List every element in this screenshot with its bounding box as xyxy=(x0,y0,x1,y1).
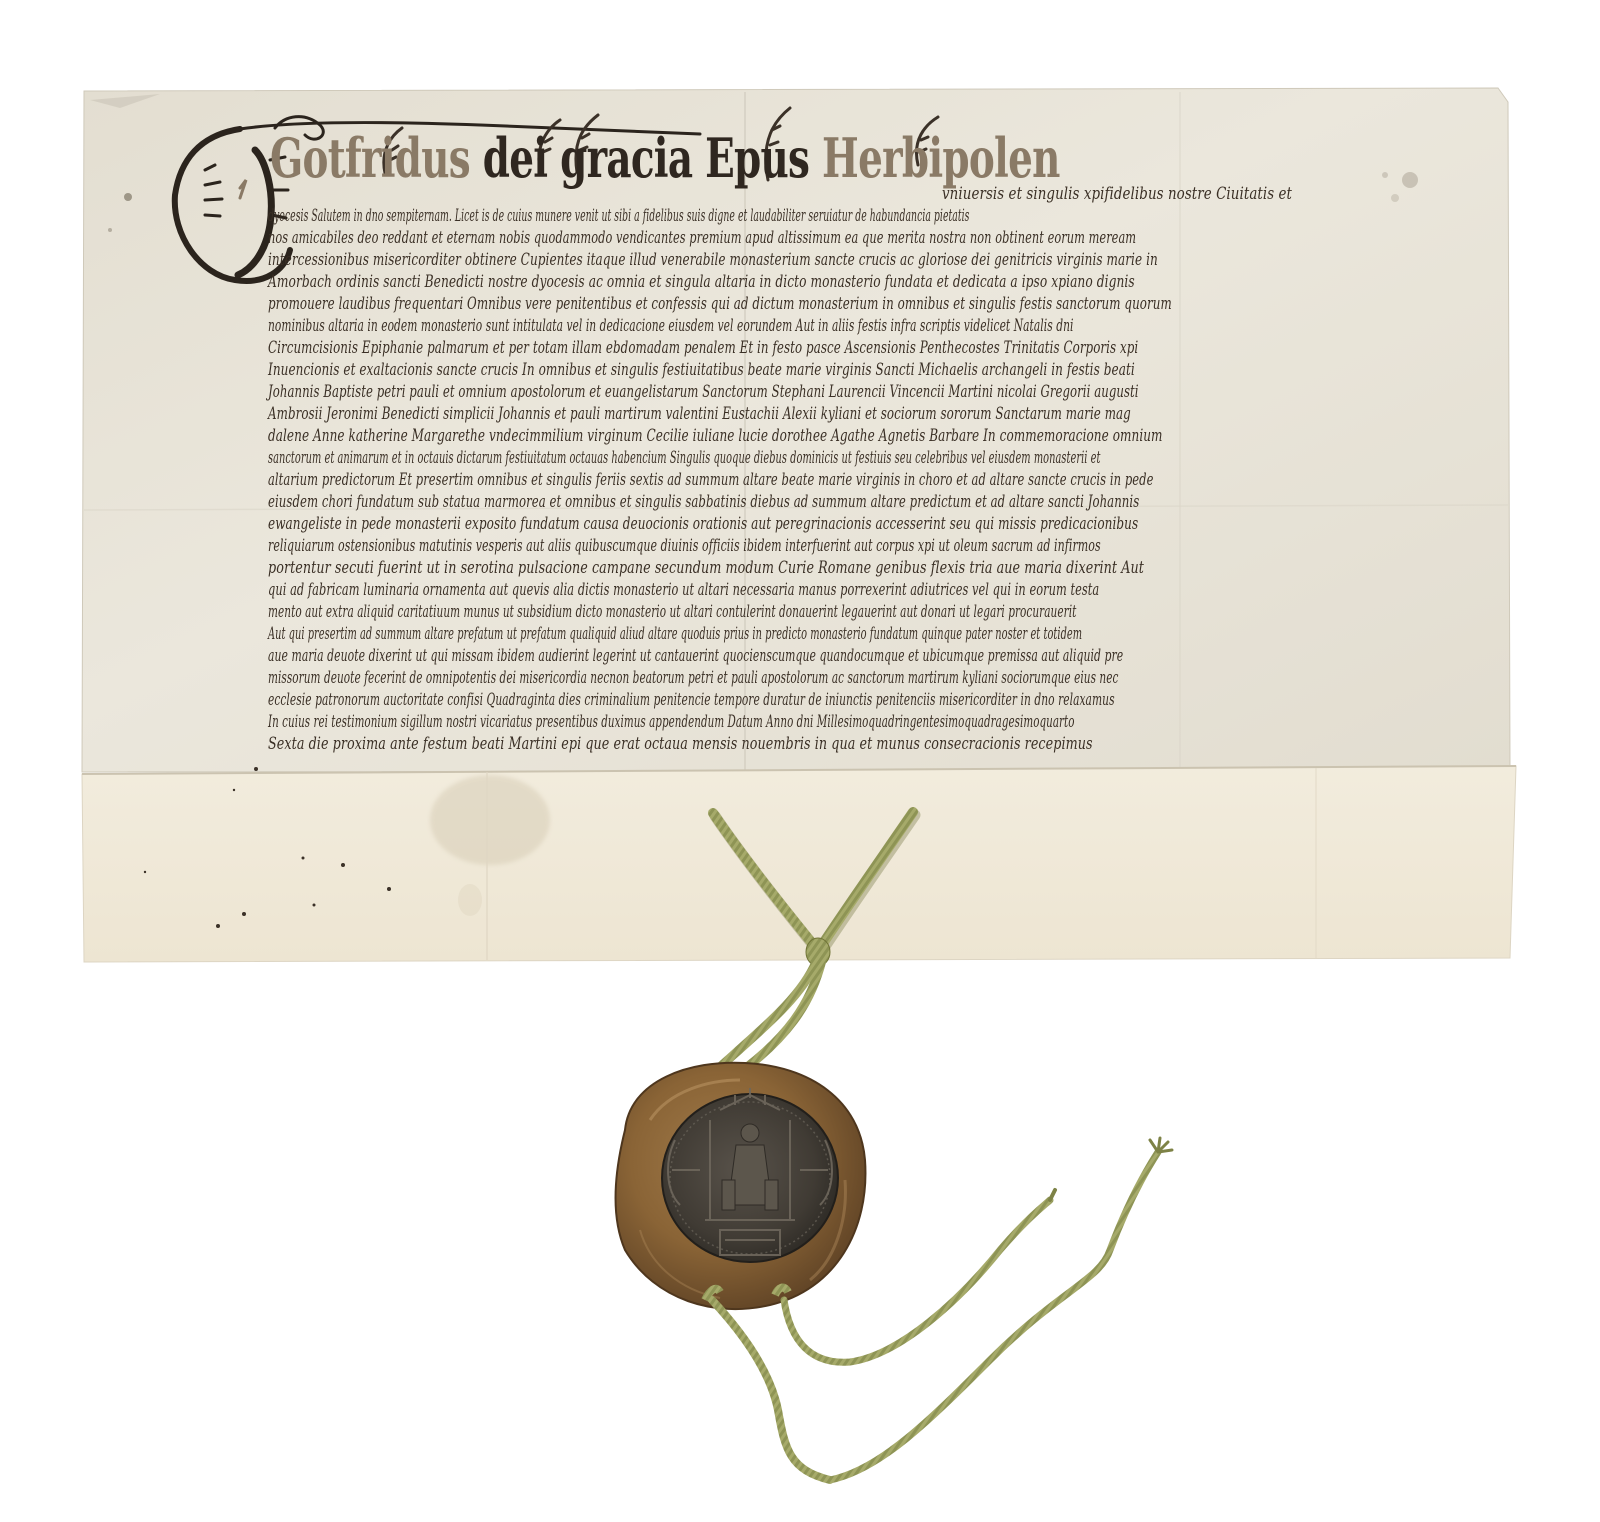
wax-seal xyxy=(616,1063,866,1309)
heading-word-2: dei gracia xyxy=(483,126,693,190)
text-line-23: missorum deuote fecerint de omnipotentis… xyxy=(268,667,1118,689)
text-line-19: qui ad fabricam luminaria ornamenta aut … xyxy=(268,579,1099,601)
heading-word-1: Gotfridus xyxy=(270,126,470,190)
text-line-10: Johannis Baptiste petri pauli et omnium … xyxy=(268,381,1139,403)
text-line-26: Sexta die proxima ante festum beati Mart… xyxy=(268,733,1093,755)
text-line-25: In cuius rei testimonium sigillum nostri… xyxy=(268,711,1075,733)
text-line-9: Inuencionis et exaltacionis sancte cruci… xyxy=(268,359,1135,381)
text-line-2: dyocesis Salutem in dno sempiternam. Lic… xyxy=(268,205,969,227)
text-line-14: altarium predictorum Et presertim omnibu… xyxy=(268,469,1153,491)
charter-heading: Gotfridus dei gracia Epus Herbipolen xyxy=(168,100,928,210)
heading-text: Gotfridus dei gracia Epus Herbipolen xyxy=(270,128,1060,188)
text-line-5: Amorbach ordinis sancti Benedicti nostre… xyxy=(268,271,1135,293)
text-line-22: aue maria deuote dixerint ut qui missam … xyxy=(268,645,1123,667)
text-line-7: nominibus altaria in eodem monasterio su… xyxy=(268,315,1073,337)
text-line-24: ecclesie patronorum auctoritate confisi … xyxy=(268,689,1115,711)
text-line-1: vniuersis et singulis xpifidelibus nostr… xyxy=(942,183,1292,205)
text-line-16: ewangeliste in pede monasterii exposito … xyxy=(268,513,1138,535)
text-line-15: eiusdem chori fundatum sub statua marmor… xyxy=(268,491,1139,513)
text-line-13: sanctorum et animarum et in octauis dict… xyxy=(268,447,1100,469)
text-line-21: Aut qui presertim ad summum altare prefa… xyxy=(268,623,1082,645)
text-line-20: mento aut extra aliquid caritatiuum munu… xyxy=(268,601,1076,623)
text-line-4: intercessionibus misericorditer obtinere… xyxy=(268,249,1158,271)
text-line-3: nos amicabiles deo reddant et eternam no… xyxy=(268,227,1136,249)
text-line-11: Ambrosii Jeronimi Benedicti simplicii Jo… xyxy=(268,403,1131,425)
text-line-12: dalene Anne katherine Margarethe vndecim… xyxy=(268,425,1163,447)
text-line-6: promouere laudibus frequentari Omnibus v… xyxy=(268,293,1172,315)
text-line-18: portentur secuti fuerint ut in serotina … xyxy=(268,557,1144,579)
text-line-17: reliquiarum ostensionibus matutinis vesp… xyxy=(268,535,1101,557)
text-line-8: Circumcisionis Epiphanie palmarum et per… xyxy=(268,337,1138,359)
charter-image: Gotfridus dei gracia Epus Herbipolen vni… xyxy=(0,0,1600,1522)
heading-word-4: Herbipolen xyxy=(822,126,1060,190)
heading-word-3: Epus xyxy=(705,126,809,190)
